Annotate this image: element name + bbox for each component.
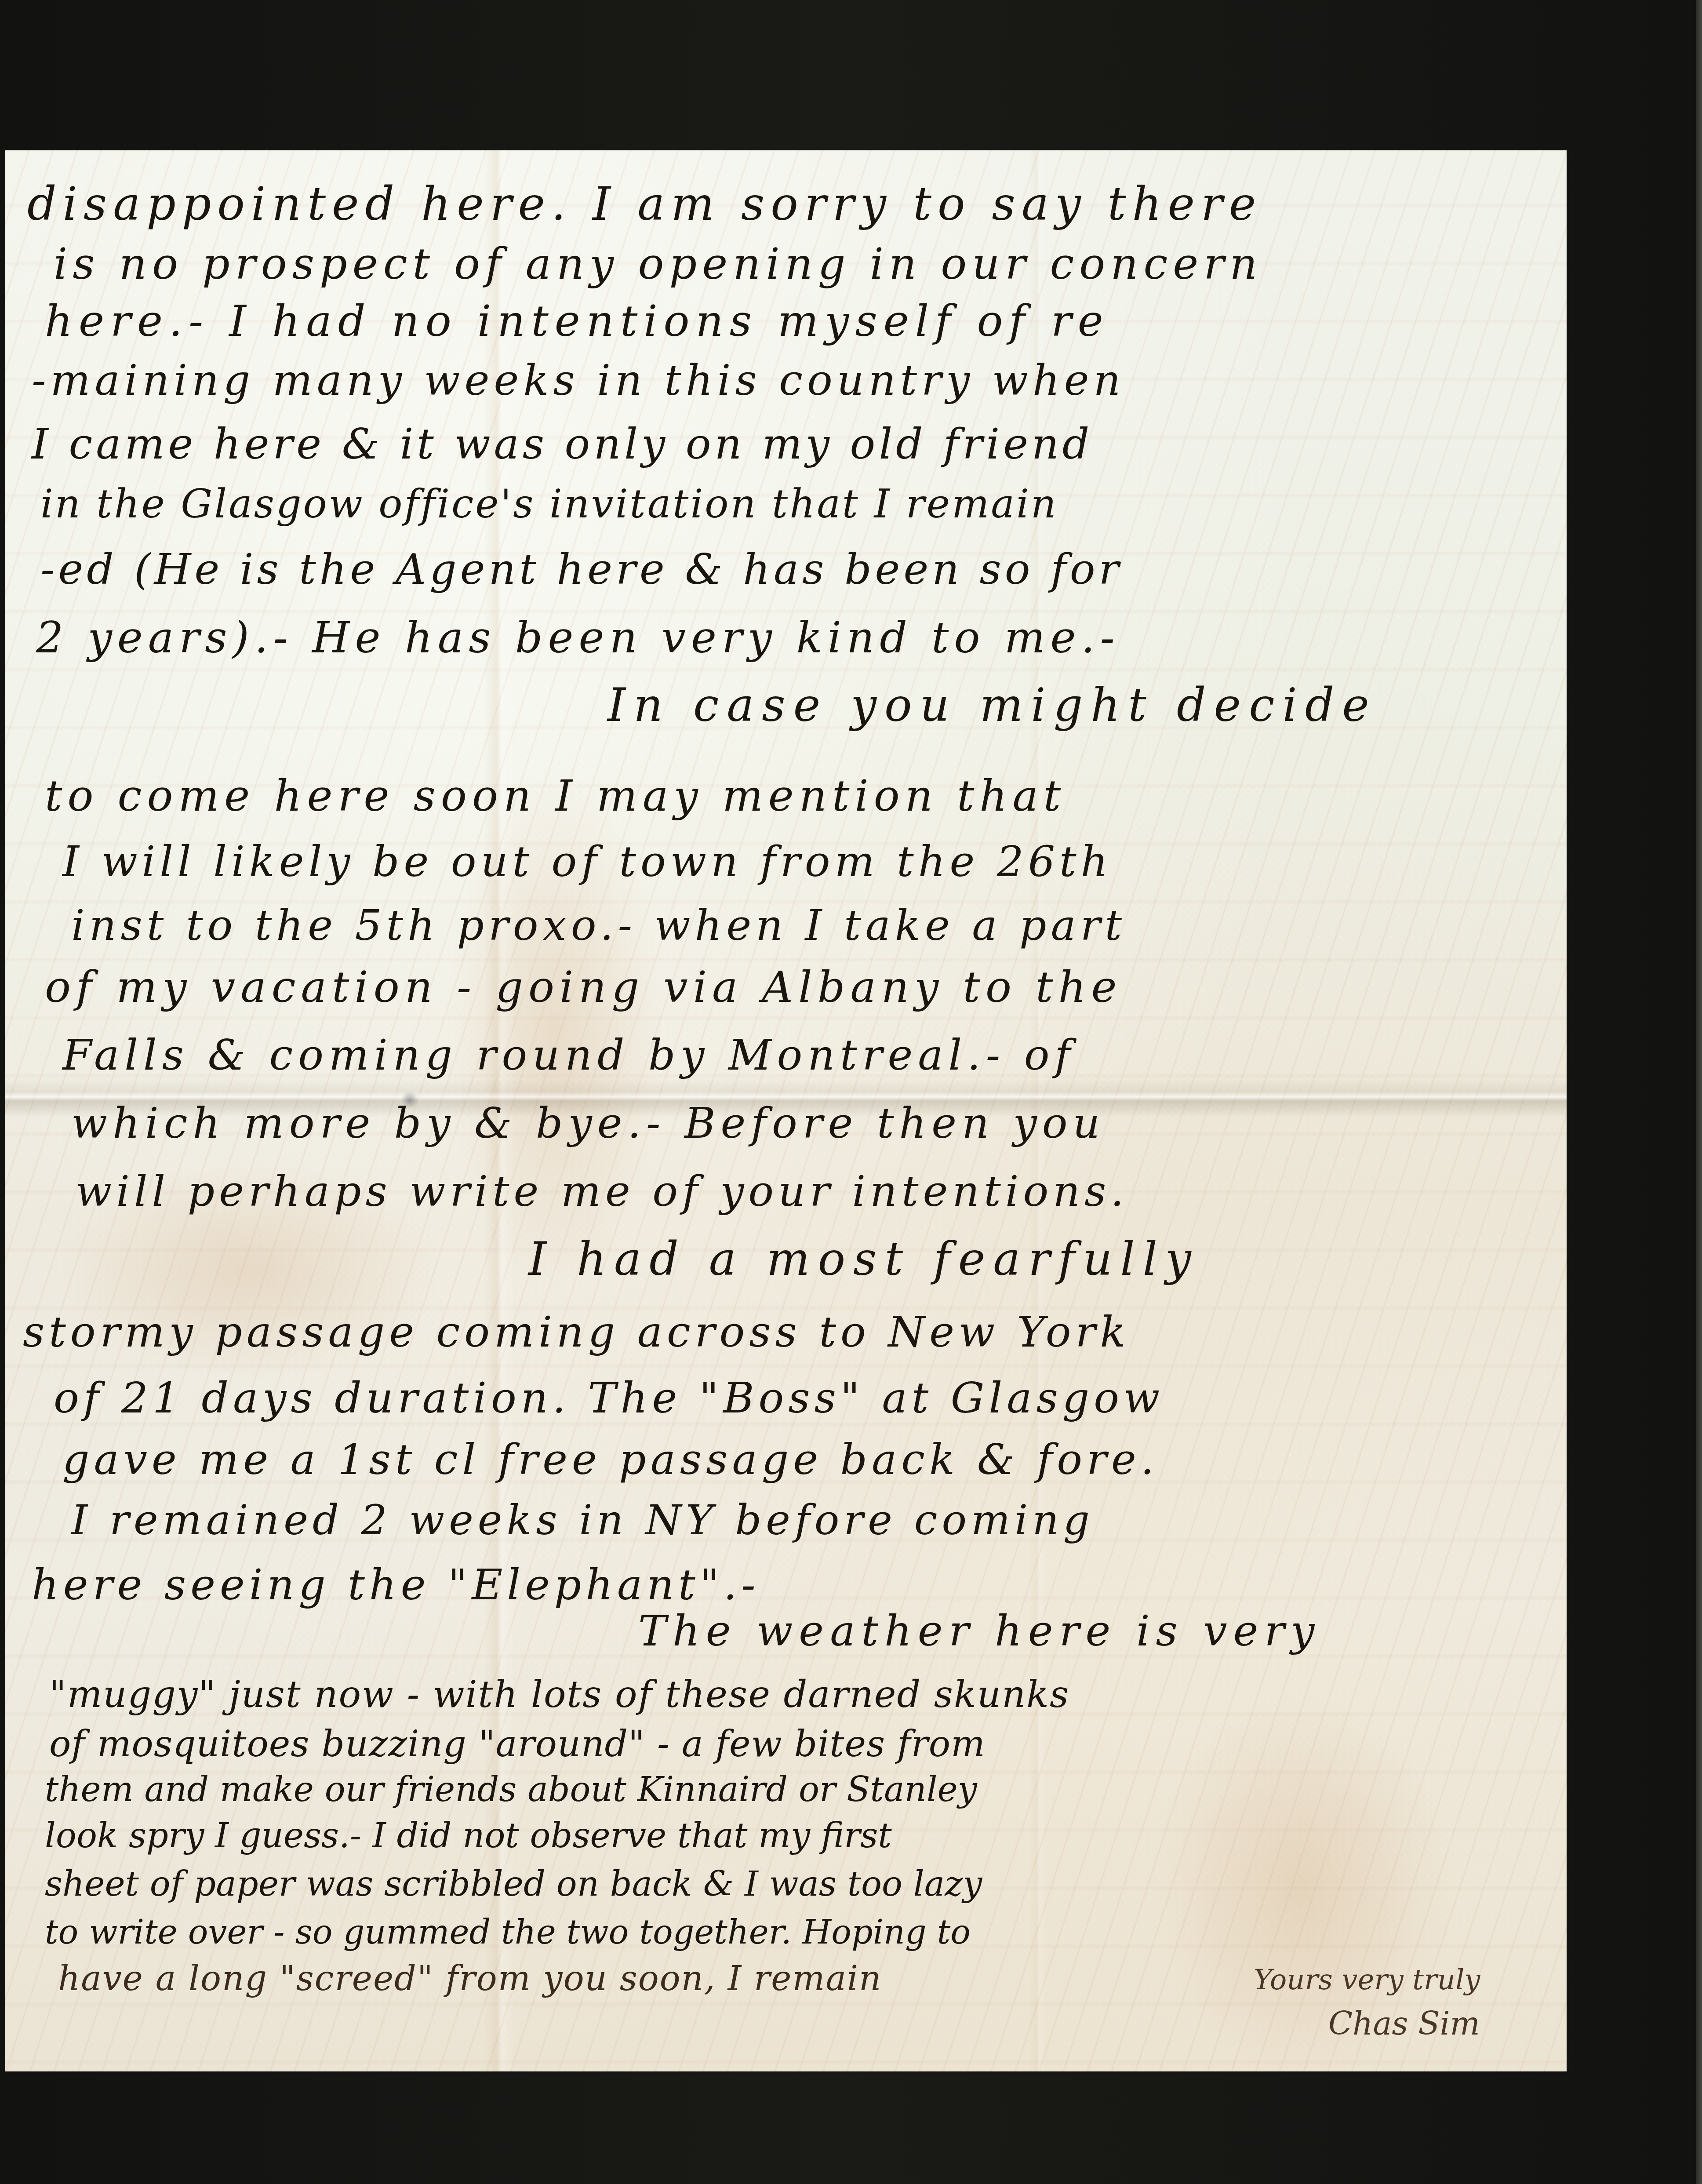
letter-line-28: sheet of paper was scribbled on back & I… — [45, 1867, 982, 1901]
letter-signature: Chas Sim — [1328, 2008, 1480, 2039]
letter-line-1: disappointed here. I am sorry to say the… — [27, 181, 1262, 227]
letter-page: disappointed here. I am sorry to say the… — [5, 150, 1567, 2071]
letter-closing: Yours very truly — [1254, 1966, 1480, 1994]
letter-line-7: -ed (He is the Agent here & has been so … — [40, 548, 1122, 590]
letter-line-11: I will likely be out of town from the 26… — [62, 841, 1112, 883]
letter-line-13: of my vacation - going via Albany to the — [45, 966, 1122, 1009]
letter-line-12: inst to the 5th proxo.- when I take a pa… — [71, 904, 1126, 946]
letter-line-23: The weather here is very — [638, 1610, 1321, 1652]
letter-line-30: have a long "screed" from you soon, I re… — [58, 1962, 882, 1996]
letter-line-22: here seeing the "Elephant".- — [32, 1564, 760, 1606]
letter-line-27: look spry I guess.- I did not observe th… — [45, 1819, 892, 1853]
letter-line-6: in the Glasgow office's invitation that … — [40, 484, 1058, 524]
letter-line-21: I remained 2 weeks in NY before coming — [71, 1500, 1094, 1541]
letter-line-25: of mosquitoes buzzing "around" - a few b… — [49, 1726, 986, 1762]
letter-line-2: is no prospect of any opening in our con… — [54, 243, 1262, 286]
letter-line-20: gave me a 1st cl free passage back & for… — [62, 1438, 1158, 1481]
letter-line-16: will perhaps write me of your intentions… — [76, 1170, 1128, 1212]
letter-line-3: here.- I had no intentions myself of re — [45, 300, 1109, 343]
letter-line-5: I came here & it was only on my old frie… — [32, 423, 1093, 465]
letter-line-10: to come here soon I may mention that — [45, 775, 1066, 818]
letter-line-4: -maining many weeks in this country when — [32, 359, 1125, 401]
letter-line-9: In case you might decide — [607, 682, 1377, 728]
letter-line-18: stormy passage coming across to New York — [23, 1311, 1130, 1353]
letter-line-17: I had a most fearfully — [528, 1236, 1199, 1282]
scanner-edge-strip — [1696, 0, 1702, 2184]
letter-line-8: 2 years).- He has been very kind to me.- — [36, 616, 1120, 659]
letter-line-24: "muggy" just now - with lots of these da… — [49, 1676, 1069, 1713]
letter-line-26: them and make our friends about Kinnaird… — [45, 1773, 977, 1807]
letter-line-14: Falls & coming round by Montreal.- of — [62, 1034, 1076, 1076]
letter-line-19: of 21 days duration. The "Boss" at Glasg… — [54, 1377, 1164, 1419]
letter-line-15: which more by & bye.- Before then you — [71, 1102, 1105, 1144]
letter-line-29: to write over - so gummed the two togeth… — [45, 1915, 971, 1949]
